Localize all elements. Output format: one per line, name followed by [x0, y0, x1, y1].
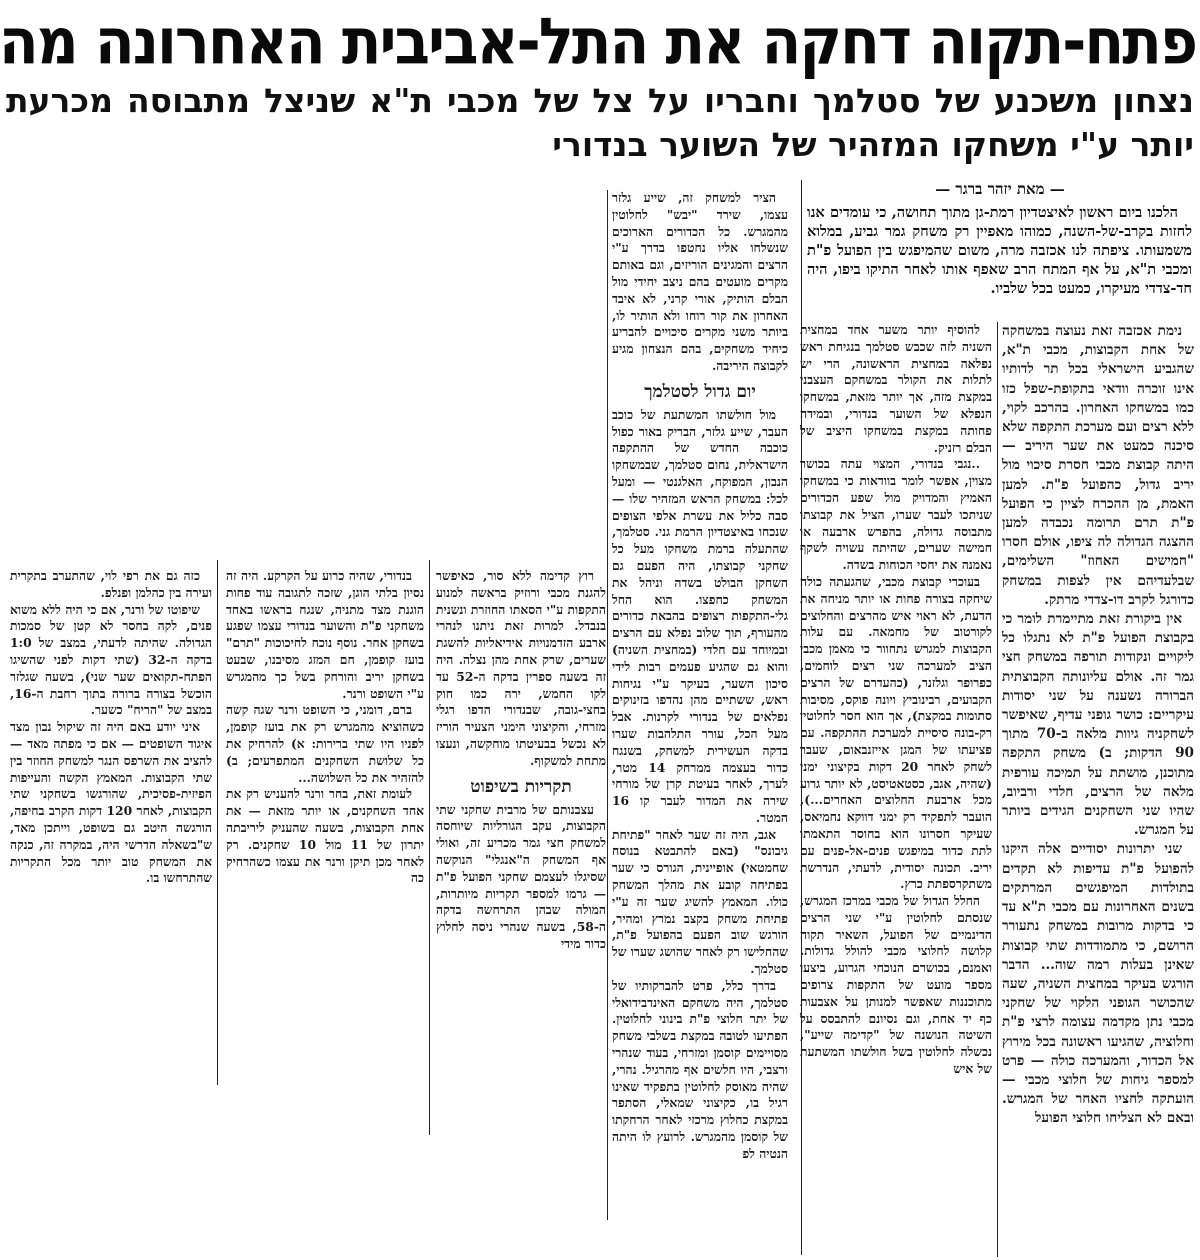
paragraph: עצבנותם של מרבית שחקני שתי הקבוצות, עקב …	[436, 802, 606, 953]
newspaper-page: פתח-תקוה דחקה את התל-אביבית האחרונה מהגב…	[0, 0, 1200, 1260]
paragraph: בנדורי, שהיה כרוע על הקרקע. היה זה נסיון…	[226, 568, 424, 702]
article-column-6: כזה גם את רפי לוי, שהתערב בתקרית ועירה ב…	[10, 568, 212, 887]
section-heading: יום גדול לסטלמך	[612, 381, 788, 403]
lead-paragraph: הלכנו ביום ראשון לאיצטדיון רמת-גן מתוך ת…	[807, 203, 1192, 298]
column-rule	[997, 322, 998, 1257]
article-column-2: להוסיף יותר משער אחד במחצית השניה לזה שכ…	[800, 322, 992, 1078]
paragraph: אגב, היה זה שער לאחר "פתיחת גיבונס" (באם…	[612, 827, 788, 978]
paragraph: רוץ קדימה ללא סור, כאיפשר להגנת מכבי ורו…	[436, 568, 606, 770]
paragraph: החלל הגדול של מכבי במרכז המגרש, שנסתם לח…	[800, 893, 992, 1078]
byline: — מאת יזהר ברגר —	[810, 180, 1190, 199]
section-heading: תקריות בשיפוט	[436, 776, 606, 798]
paragraph: שני יתרונות יסודיים אלה היקנו להפועל פ"ת…	[1002, 840, 1194, 1128]
article-column-1: נימת אכזבה זאת נעוצה במשחקה של אחת הקבוצ…	[1002, 322, 1194, 1129]
paragraph: להוסיף יותר משער אחד במחצית השניה לזה שכ…	[800, 322, 992, 456]
paragraph: בעוכרי קבוצת מכבי, שהגעתה כולה שיחקה בצו…	[800, 574, 992, 893]
paragraph: בדרך כלל, פרט להברקותיו של סטלמך, היה מש…	[612, 978, 788, 1163]
headline: פתח-תקוה דחקה את התל-אביבית האחרונה מהגב…	[4, 2, 1196, 81]
paragraph: מול חולשתו המשתעת של כוכב העבר, שייע גלז…	[612, 407, 788, 827]
subheadline-line2: יותר ע"י משחקו המזהיר של השוער בנדורי	[604, 124, 1194, 166]
column-rule	[217, 560, 218, 1085]
paragraph: ..נגבי בנדורי, המצוי עתה בכושר מצוין, אפ…	[800, 456, 992, 574]
paragraph: נימת אכזבה זאת נעוצה במשחקה של אחת הקבוצ…	[1002, 322, 1194, 610]
paragraph: שיפוטו של ורנר, אם כי היה ללא משוא פנים,…	[10, 602, 212, 720]
paragraph: ברם, דומני, כי השופט ורנר שגה קשה כשהוצי…	[226, 702, 424, 786]
paragraph: לעומת זאת, בחר ורנר להעניש רק את אחד השח…	[226, 786, 424, 887]
column-rule	[429, 560, 430, 1135]
subheadline-line1: נצחון משכנע של סטלמך וחבריו על צל של מכב…	[6, 80, 1194, 122]
article-column-4: רוץ קדימה ללא סור, כאיפשר להגנת מכבי ורו…	[436, 568, 606, 953]
paragraph: אין ביקורת זאת מתיימרת לומר כי בקבוצת הפ…	[1002, 610, 1194, 840]
paragraph: איני יודע באם היה זה שיקול נבון מצד איגו…	[10, 719, 212, 887]
article-column-5: בנדורי, שהיה כרוע על הקרקע. היה זה נסיון…	[226, 568, 424, 887]
paragraph: הציר למשחק זה, שייע גלזר עצמו, שירד "יבש…	[612, 190, 788, 375]
paragraph: כזה גם את רפי לוי, שהתערב בתקרית ועירה ב…	[10, 568, 212, 602]
column-rule	[607, 190, 608, 1220]
article-column-3: הציר למשחק זה, שייע גלזר עצמו, שירד "יבש…	[612, 190, 788, 1163]
